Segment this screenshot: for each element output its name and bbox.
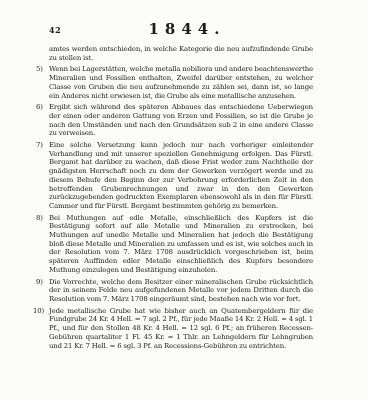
item-text: Bei Muthungen auf edle Metalle, einschli… [49, 214, 313, 274]
item-number: 5) [36, 65, 49, 74]
text-column: amtes werden entschieden, in welche Kate… [49, 45, 313, 353]
item-text: Wenn bei Lagerstätten, welche metalla no… [49, 65, 313, 99]
item-number: 9) [36, 278, 49, 287]
item-number: 10) [33, 307, 49, 316]
list-item: 6)Ergibt sich während des späteren Abbau… [49, 103, 313, 138]
paragraph-intro: amtes werden entschieden, in welche Kate… [49, 45, 313, 62]
list-item: 8)Bei Muthungen auf edle Metalle, einsch… [49, 214, 313, 275]
item-text: Jede metallische Grube hat wie bisher au… [49, 307, 313, 350]
scanned-document-page: 42 1844. amtes werden entschieden, in we… [0, 0, 368, 400]
list-item: 10)Jede metallische Grube hat wie bisher… [49, 307, 313, 351]
item-number: 6) [36, 103, 49, 112]
item-number: 7) [36, 141, 49, 150]
year-heading: 1844. [0, 20, 368, 38]
list-item: 9)Die Vorrechte, welche dem Besitzer ein… [49, 278, 313, 304]
item-text: Die Vorrechte, welche dem Besitzer einer… [49, 278, 313, 303]
item-text: Ergibt sich während des späteren Abbaues… [49, 103, 313, 137]
item-number: 8) [36, 214, 49, 223]
item-text: Eine solche Versetzung kann jedoch nur n… [49, 141, 313, 210]
list-item: 5)Wenn bei Lagerstätten, welche metalla … [49, 65, 313, 100]
list-item: 7)Eine solche Versetzung kann jedoch nur… [49, 141, 313, 211]
